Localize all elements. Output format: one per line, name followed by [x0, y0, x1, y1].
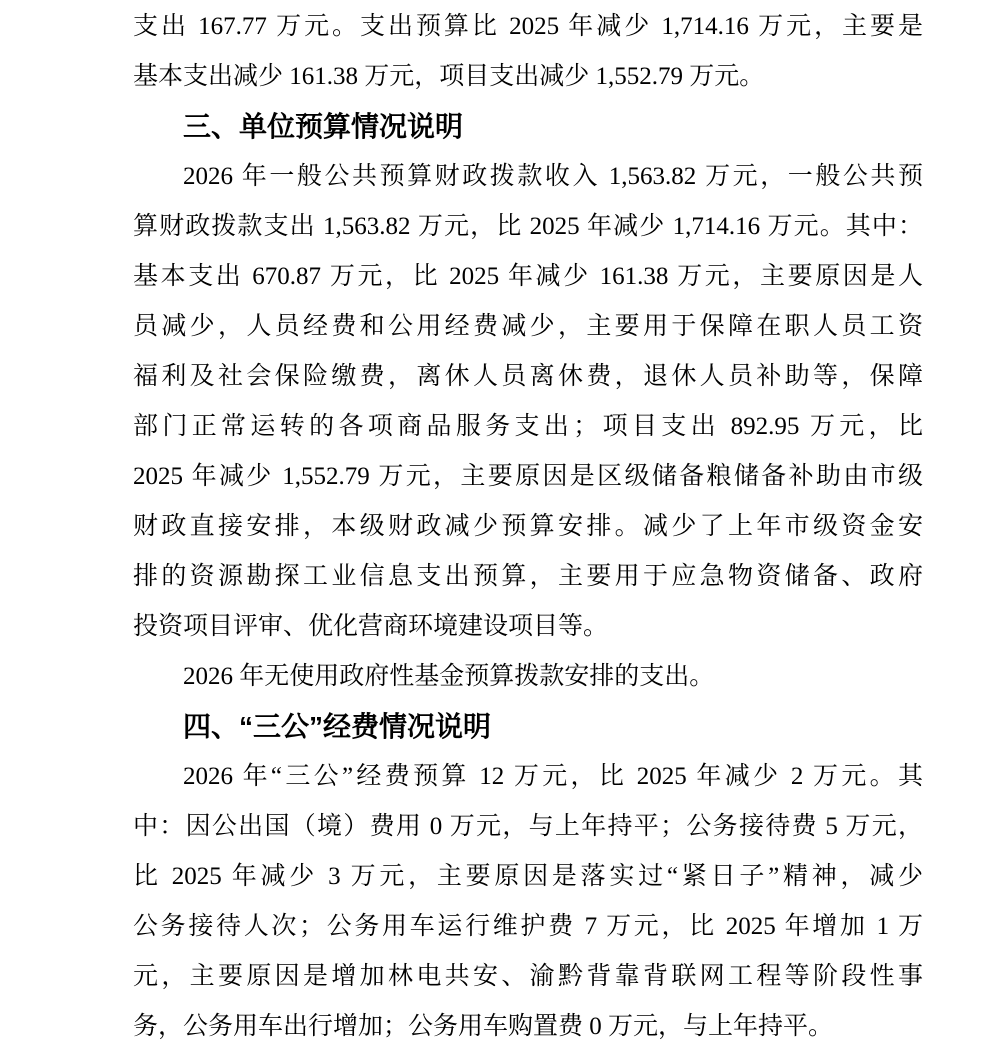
doc-line: 比 2025 年减少 3 万元，主要原因是落实过“紧日子”精神，减少	[133, 852, 923, 902]
doc-line: 2026 年一般公共预算财政拨款收入 1,563.82 万元，一般公共预	[133, 152, 923, 202]
doc-line: 基本支出 670.87 万元，比 2025 年减少 161.38 万元，主要原因…	[133, 252, 923, 302]
doc-line: 务，公务用车出行增加；公务用车购置费 0 万元，与上年持平。	[133, 1002, 923, 1052]
doc-line: 部门正常运转的各项商品服务支出；项目支出 892.95 万元，比	[133, 402, 923, 452]
doc-line: 中：因公出国（境）费用 0 万元，与上年持平；公务接待费 5 万元，	[133, 802, 923, 852]
doc-line: 员减少，人员经费和公用经费减少，主要用于保障在职人员工资	[133, 302, 923, 352]
doc-line: 福利及社会保险缴费，离休人员离休费，退休人员补助等，保障	[133, 352, 923, 402]
doc-line: 支出 167.77 万元。支出预算比 2025 年减少 1,714.16 万元，…	[133, 2, 923, 52]
doc-line: 基本支出减少 161.38 万元，项目支出减少 1,552.79 万元。	[133, 52, 923, 102]
doc-line: 算财政拨款支出 1,563.82 万元，比 2025 年减少 1,714.16 …	[133, 202, 923, 252]
section-heading-unit-budget: 三、单位预算情况说明	[133, 102, 923, 152]
doc-line: 公务接待人次；公务用车运行维护费 7 万元，比 2025 年增加 1 万	[133, 902, 923, 952]
doc-line: 2026 年“三公”经费预算 12 万元，比 2025 年减少 2 万元。其	[133, 752, 923, 802]
doc-line: 元，主要原因是增加林电共安、渝黔背靠背联网工程等阶段性事	[133, 952, 923, 1002]
doc-line: 2025 年减少 1,552.79 万元，主要原因是区级储备粮储备补助由市级	[133, 452, 923, 502]
doc-line: 投资项目评审、优化营商环境建设项目等。	[133, 602, 923, 652]
doc-line: 排的资源勘探工业信息支出预算，主要用于应急物资储备、政府	[133, 552, 923, 602]
document-page: 支出 167.77 万元。支出预算比 2025 年减少 1,714.16 万元，…	[0, 0, 1000, 1053]
document-content: 支出 167.77 万元。支出预算比 2025 年减少 1,714.16 万元，…	[133, 2, 923, 1052]
doc-line: 财政直接安排，本级财政减少预算安排。减少了上年市级资金安	[133, 502, 923, 552]
doc-line: 2026 年无使用政府性基金预算拨款安排的支出。	[133, 652, 923, 702]
section-heading-three-public-expenses: 四、“三公”经费情况说明	[133, 702, 923, 752]
